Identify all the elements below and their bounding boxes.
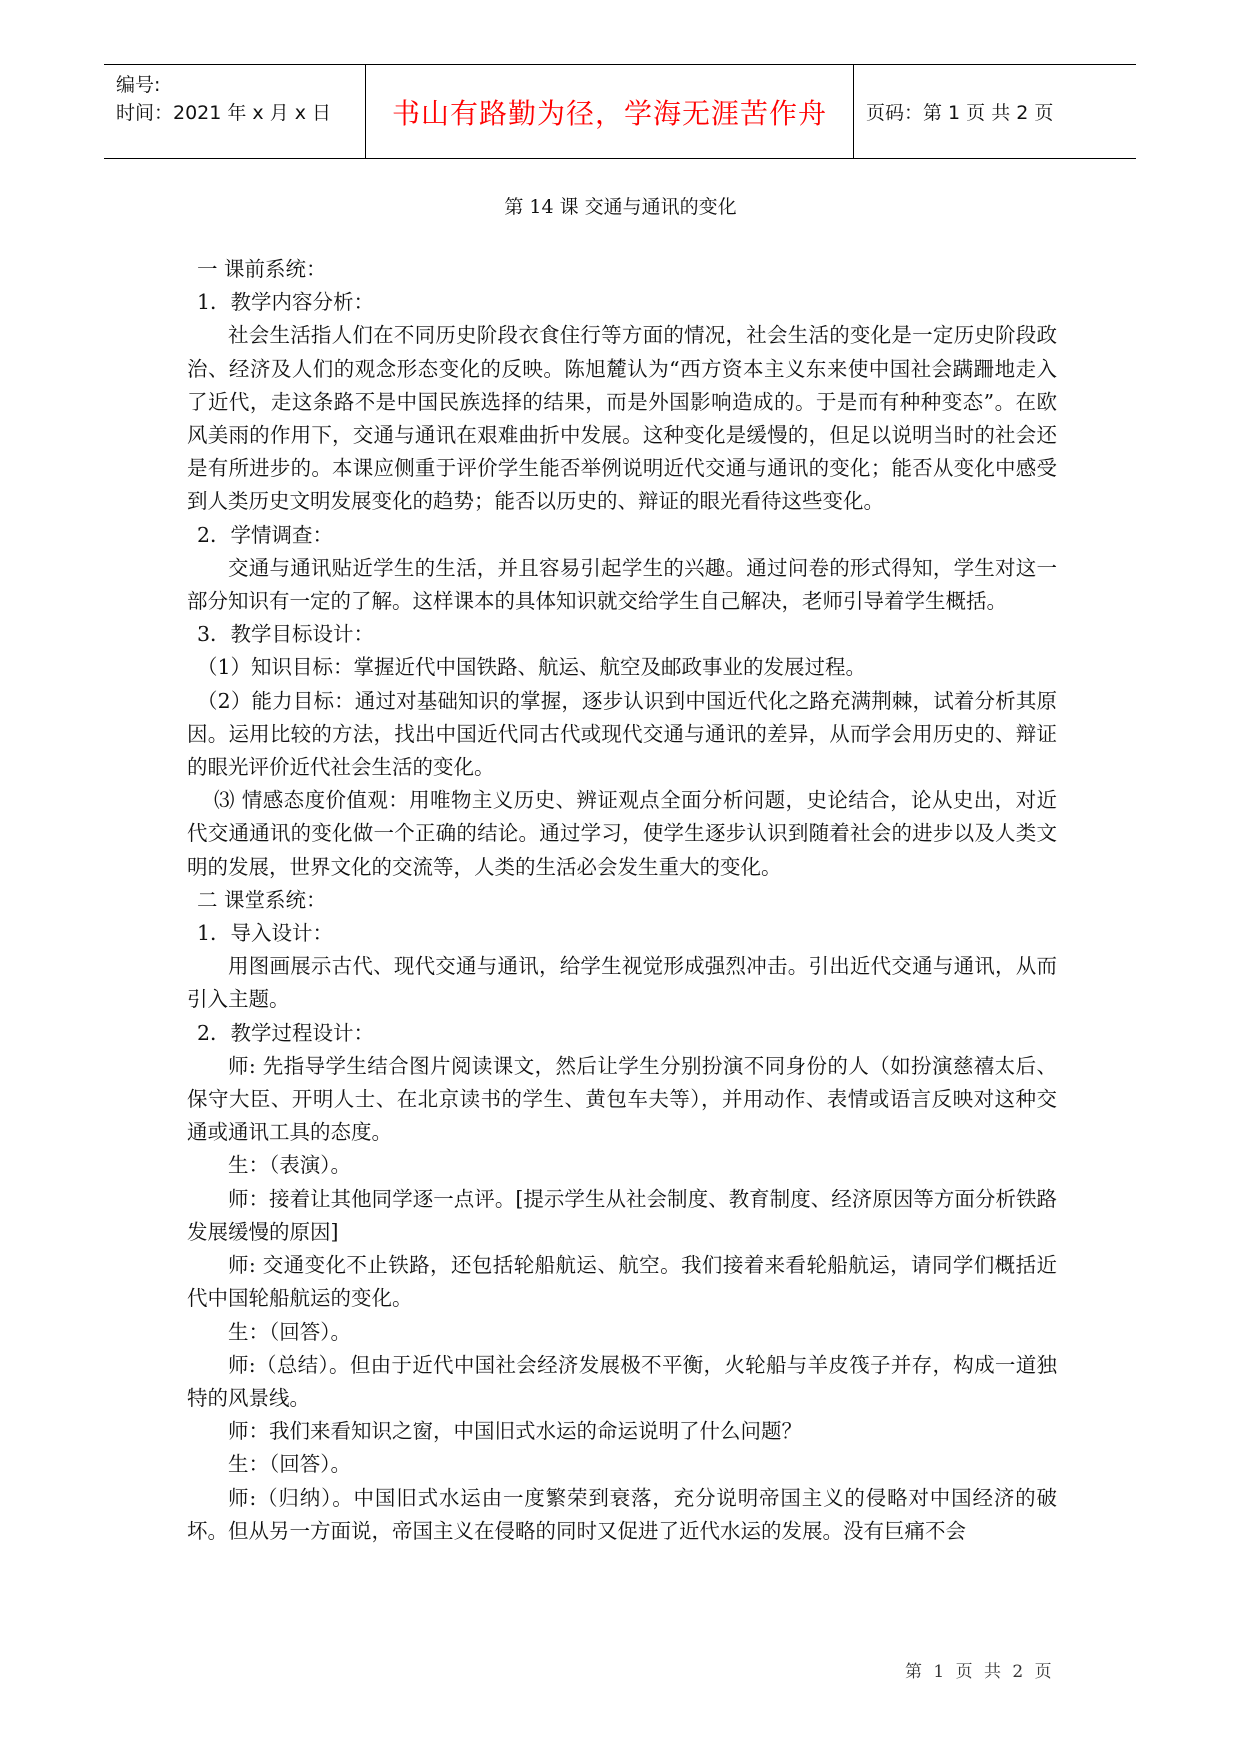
subsection-heading: 1．导入设计： (187, 917, 1057, 950)
objective-item: （1）知识目标：掌握近代中国铁路、航运、航空及邮政事业的发展过程。 (187, 651, 1057, 684)
serial-label: 编号: (116, 71, 365, 99)
page-footer: 第 1 页 共 2 页 (905, 1657, 1055, 1682)
document-body: 一 课前系统： 1．教学内容分析： 社会生活指人们在不同历史阶段衣食住行等方面的… (187, 253, 1057, 1548)
header-motto: 书山有路勤为径，学海无涯苦作舟 (366, 65, 854, 158)
paragraph: 用图画展示古代、现代交通与通讯，给学生视觉形成强烈冲击。引出近代交通与通讯，从而… (187, 950, 1057, 1016)
document-header: 编号: 时间：2021 年 x 月 x 日 书山有路勤为径，学海无涯苦作舟 页码… (104, 64, 1136, 159)
header-page-code: 页码：第 1 页 共 2 页 (854, 65, 1136, 158)
paragraph: 社会生活指人们在不同历史阶段衣食住行等方面的情况，社会生活的变化是一定历史阶段政… (187, 319, 1057, 518)
time-label: 时间：2021 年 x 月 x 日 (116, 99, 365, 127)
section-heading: 二 课堂系统： (187, 884, 1057, 917)
section-heading: 一 课前系统： (187, 253, 1057, 286)
objective-item: （2）能力目标：通过对基础知识的掌握，逐步认识到中国近代化之路充满荆棘，试着分析… (187, 685, 1057, 785)
dialogue-line: 师: 先指导学生结合图片阅读课文，然后让学生分别扮演不同身份的人（如扮演慈禧太后… (187, 1050, 1057, 1150)
dialogue-line: 师:（总结）。但由于近代中国社会经济发展极不平衡，火轮船与羊皮筏子并存，构成一道… (187, 1349, 1057, 1415)
paragraph: 交通与通讯贴近学生的生活，并且容易引起学生的兴趣。通过问卷的形式得知，学生对这一… (187, 552, 1057, 618)
header-meta: 编号: 时间：2021 年 x 月 x 日 (104, 65, 366, 158)
subsection-heading: 1．教学内容分析： (187, 286, 1057, 319)
dialogue-line: 生：（回答）。 (187, 1448, 1057, 1481)
dialogue-line: 师：我们来看知识之窗，中国旧式水运的命运说明了什么问题？ (187, 1415, 1057, 1448)
subsection-heading: 2．教学过程设计： (187, 1017, 1057, 1050)
lesson-title: 第 14 课 交通与通讯的变化 (0, 192, 1241, 219)
dialogue-line: 师:（归纳）。中国旧式水运由一度繁荣到衰落，充分说明帝国主义的侵略对中国经济的破… (187, 1482, 1057, 1548)
dialogue-line: 师：接着让其他同学逐一点评。[提示学生从社会制度、教育制度、经济原因等方面分析铁… (187, 1183, 1057, 1249)
dialogue-line: 师: 交通变化不止铁路，还包括轮船航运、航空。我们接着来看轮船航运，请同学们概括… (187, 1249, 1057, 1315)
subsection-heading: 3．教学目标设计： (187, 618, 1057, 651)
dialogue-line: 生：（表演）。 (187, 1149, 1057, 1182)
subsection-heading: 2．学情调查： (187, 519, 1057, 552)
objective-item: ⑶ 情感态度价值观：用唯物主义历史、辨证观点全面分析问题，史论结合，论从史出，对… (187, 784, 1057, 884)
dialogue-line: 生：（回答）。 (187, 1316, 1057, 1349)
